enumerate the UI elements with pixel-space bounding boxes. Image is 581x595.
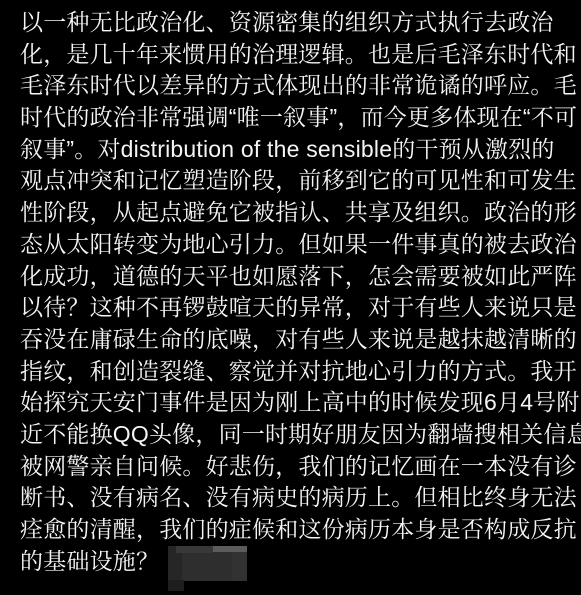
- text-line: 化成功，道德的天平也如愿落下，怎会需要被如此严阵: [20, 261, 565, 293]
- text-line-final: 的基础设施？: [20, 548, 159, 574]
- redaction-tile: [168, 580, 184, 591]
- text-line: 以待？这种不再锣鼓喧天的异常，对于有些人来说只是: [20, 292, 565, 324]
- text-line: 观点冲突和记忆塑造阶段，前移到它的可见性和可发生: [20, 165, 565, 197]
- text-post: 以一种无比政治化、资源密集的组织方式执行去政治 化，是几十年来惯用的治理逻辑。也…: [0, 0, 581, 595]
- text-line: 态从太阳转变为地心引力。但如果一件事真的被去政治: [20, 229, 565, 261]
- text-line: 断书、没有病名、没有病史的病历上。但相比终身无法: [20, 482, 565, 514]
- text-line: 吞没在庸碌生命的底噪，对有些人来说是越抹越清晰的: [20, 324, 565, 356]
- text-line: 毛泽东时代以差异的方式体现出的非常诡谲的呼应。毛: [20, 70, 565, 102]
- text-line: 近不能换QQ头像，同一时期好朋友因为翻墙搜相关信息: [20, 419, 565, 451]
- text-line: 始探究天安门事件是因为刚上高中的时候发现6月4号附: [20, 387, 565, 419]
- text-line: 化，是几十年来惯用的治理逻辑。也是后毛泽东时代和: [20, 39, 565, 71]
- text-line: 痊愈的清醒，我们的症候和这份病历本身是否构成反抗: [20, 514, 565, 546]
- text-line: 指纹，和创造裂缝、察觉并对抗地心引力的方式。我开: [20, 356, 565, 388]
- redaction-tile: [182, 553, 232, 579]
- redaction-tile: [232, 552, 247, 581]
- text-line: 性阶段，从起点避免它被指认、共享及组织。政治的形: [20, 197, 565, 229]
- text-line: 时代的政治非常强调“唯一叙事”，而今更多体现在“不可: [20, 102, 565, 134]
- redacted-block: [168, 546, 247, 581]
- text-line: 的基础设施？: [20, 546, 565, 578]
- text-line: 叙事”。对distribution of the sensible的干预从激烈的: [20, 134, 565, 166]
- text-line: 被网警亲自问候。好悲伤，我们的记忆画在一本没有诊: [20, 451, 565, 483]
- redaction-tile: [176, 546, 213, 553]
- text-line: 以一种无比政治化、资源密集的组织方式执行去政治: [20, 7, 565, 39]
